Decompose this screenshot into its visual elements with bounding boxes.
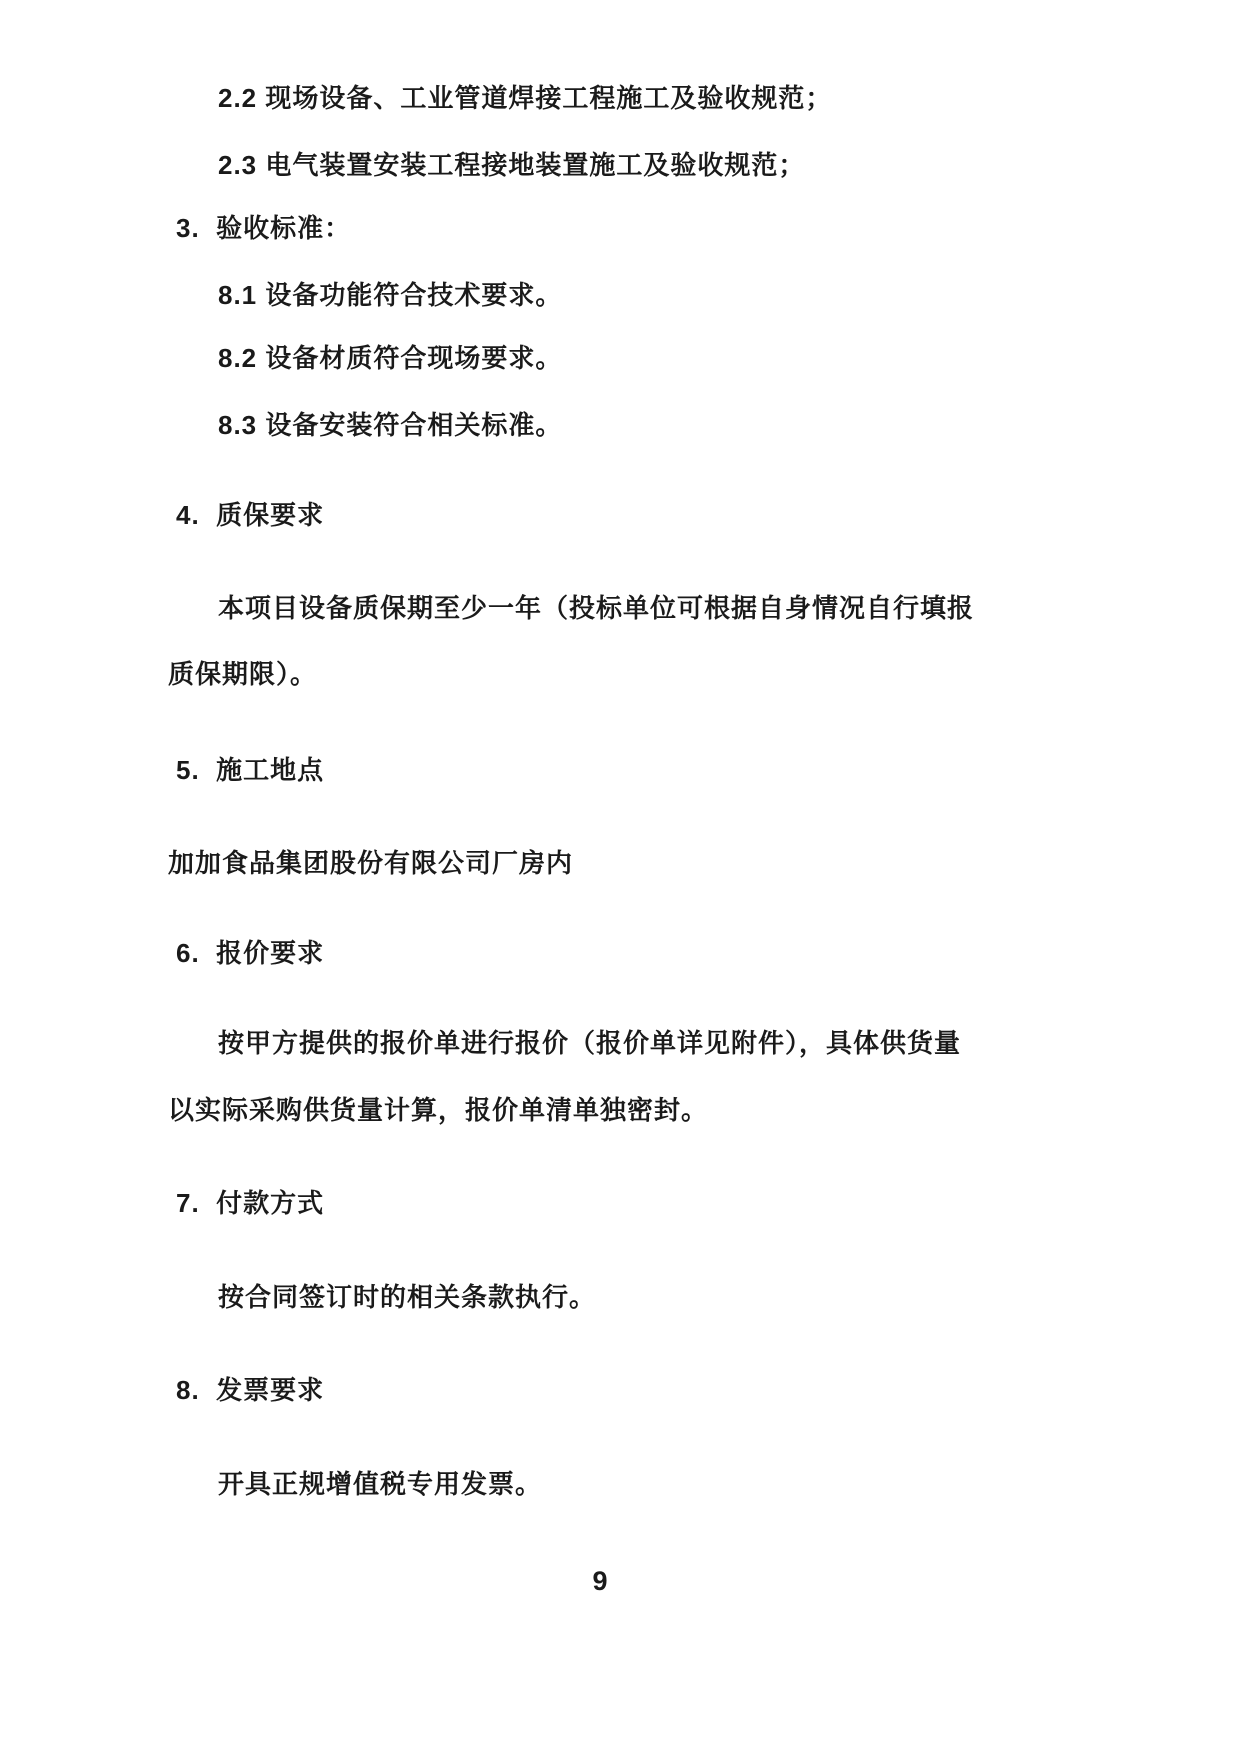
list-item-8-3: 8.3 设备安装符合相关标准。 [218, 410, 562, 440]
paragraph-quotation-line-2: 以实际采购供货量计算，报价单清单独密封。 [168, 1095, 708, 1125]
section-heading-3-acceptance-criteria: 3. 验收标准： [176, 213, 351, 243]
section-heading-4-warranty: 4. 质保要求 [176, 500, 324, 530]
paragraph-payment: 按合同签订时的相关条款执行。 [218, 1282, 596, 1312]
paragraph-warranty-line-1: 本项目设备质保期至少一年（投标单位可根据自身情况自行填报 [218, 593, 974, 623]
section-heading-8-invoice: 8. 发票要求 [176, 1375, 324, 1405]
paragraph-quotation-line-1: 按甲方提供的报价单进行报价（报价单详见附件），具体供货量 [218, 1028, 961, 1058]
section-heading-5-construction-site: 5. 施工地点 [176, 755, 324, 785]
page-number: 9 [0, 1566, 1200, 1596]
list-item-8-1: 8.1 设备功能符合技术要求。 [218, 280, 562, 310]
section-heading-7-payment: 7. 付款方式 [176, 1188, 324, 1218]
paragraph-construction-site: 加加食品集团股份有限公司厂房内 [168, 848, 573, 878]
list-item-8-2: 8.2 设备材质符合现场要求。 [218, 343, 562, 373]
list-item-2-3: 2.3 电气装置安装工程接地装置施工及验收规范； [218, 150, 805, 180]
paragraph-invoice: 开具正规增值税专用发票。 [218, 1469, 542, 1499]
document-page: 2.2 现场设备、工业管道焊接工程施工及验收规范； 2.3 电气装置安装工程接地… [0, 0, 1240, 1755]
paragraph-warranty-line-2: 质保期限）。 [168, 659, 317, 689]
list-item-2-2: 2.2 现场设备、工业管道焊接工程施工及验收规范； [218, 83, 832, 113]
section-heading-6-quotation: 6. 报价要求 [176, 938, 324, 968]
